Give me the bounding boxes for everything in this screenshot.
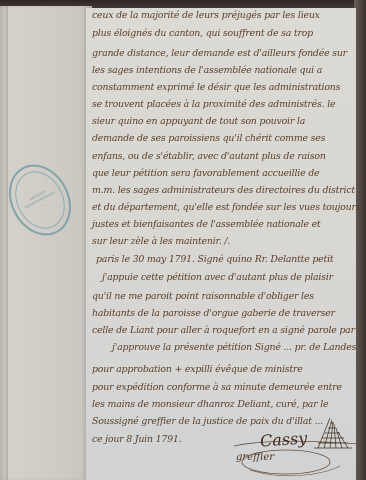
text-line: ce jour 8 Juin 1791. (92, 434, 181, 445)
text-line: plus éloignés du canton, qui souffrent d… (92, 28, 313, 39)
text-line: qu'il ne me paroit point raisonnable d'o… (92, 291, 314, 302)
text-line: j'appuie cette pétition avec d'autant pl… (102, 272, 333, 283)
text-line: celle de Liant pour aller à roquefort en… (92, 325, 355, 336)
text-line: sur leur zèle à les maintenir. /. (92, 236, 230, 247)
paraph-hatching (308, 412, 358, 456)
text-line: ceux de la majorité de leurs préjugés pa… (92, 10, 320, 21)
text-line: Soussigné greffier de la justice de paix… (92, 416, 323, 427)
stamp-text-line: ..... (38, 201, 46, 208)
text-line: se trouvent placées à la proximité des a… (92, 99, 335, 110)
left-page (0, 6, 92, 480)
text-line: les mains de monsieur dhanroz Deliant, c… (92, 399, 328, 410)
text-line: paris le 30 may 1791. Signé quino Rr. De… (96, 254, 333, 265)
text-line: m.m. les sages administrateurs des direc… (92, 185, 355, 196)
text-line: et du département, qu'elle est fondée su… (92, 202, 360, 213)
text-line: j'approuve la présente pétition Signé ..… (112, 342, 356, 353)
text-line: que leur pétition sera favorablement acc… (92, 168, 319, 179)
text-line: enfans, ou de s'établir, avec d'autant p… (92, 151, 326, 162)
text-line: sieur quino en appuyant de tout son pouv… (92, 116, 305, 127)
text-line: constamment exprimé le désir que les adm… (92, 82, 340, 93)
text-line: les sages intentions de l'assemblée nati… (92, 65, 322, 76)
signature: Cassy (259, 428, 307, 450)
text-line: demande de ses paroissiens qu'il chérit … (92, 133, 325, 144)
text-line: justes et bienfaisantes de l'assemblée n… (92, 219, 320, 230)
signature-title: greffier (236, 452, 274, 463)
text-line: pour expédition conforme à sa minute dem… (92, 382, 342, 393)
text-line: habitants de la paroisse d'orgue gaberie… (92, 308, 335, 319)
text-line: pour approbation + expilli évêque de min… (92, 364, 303, 375)
text-line: grande distance, leur demande est d'aill… (92, 48, 347, 59)
